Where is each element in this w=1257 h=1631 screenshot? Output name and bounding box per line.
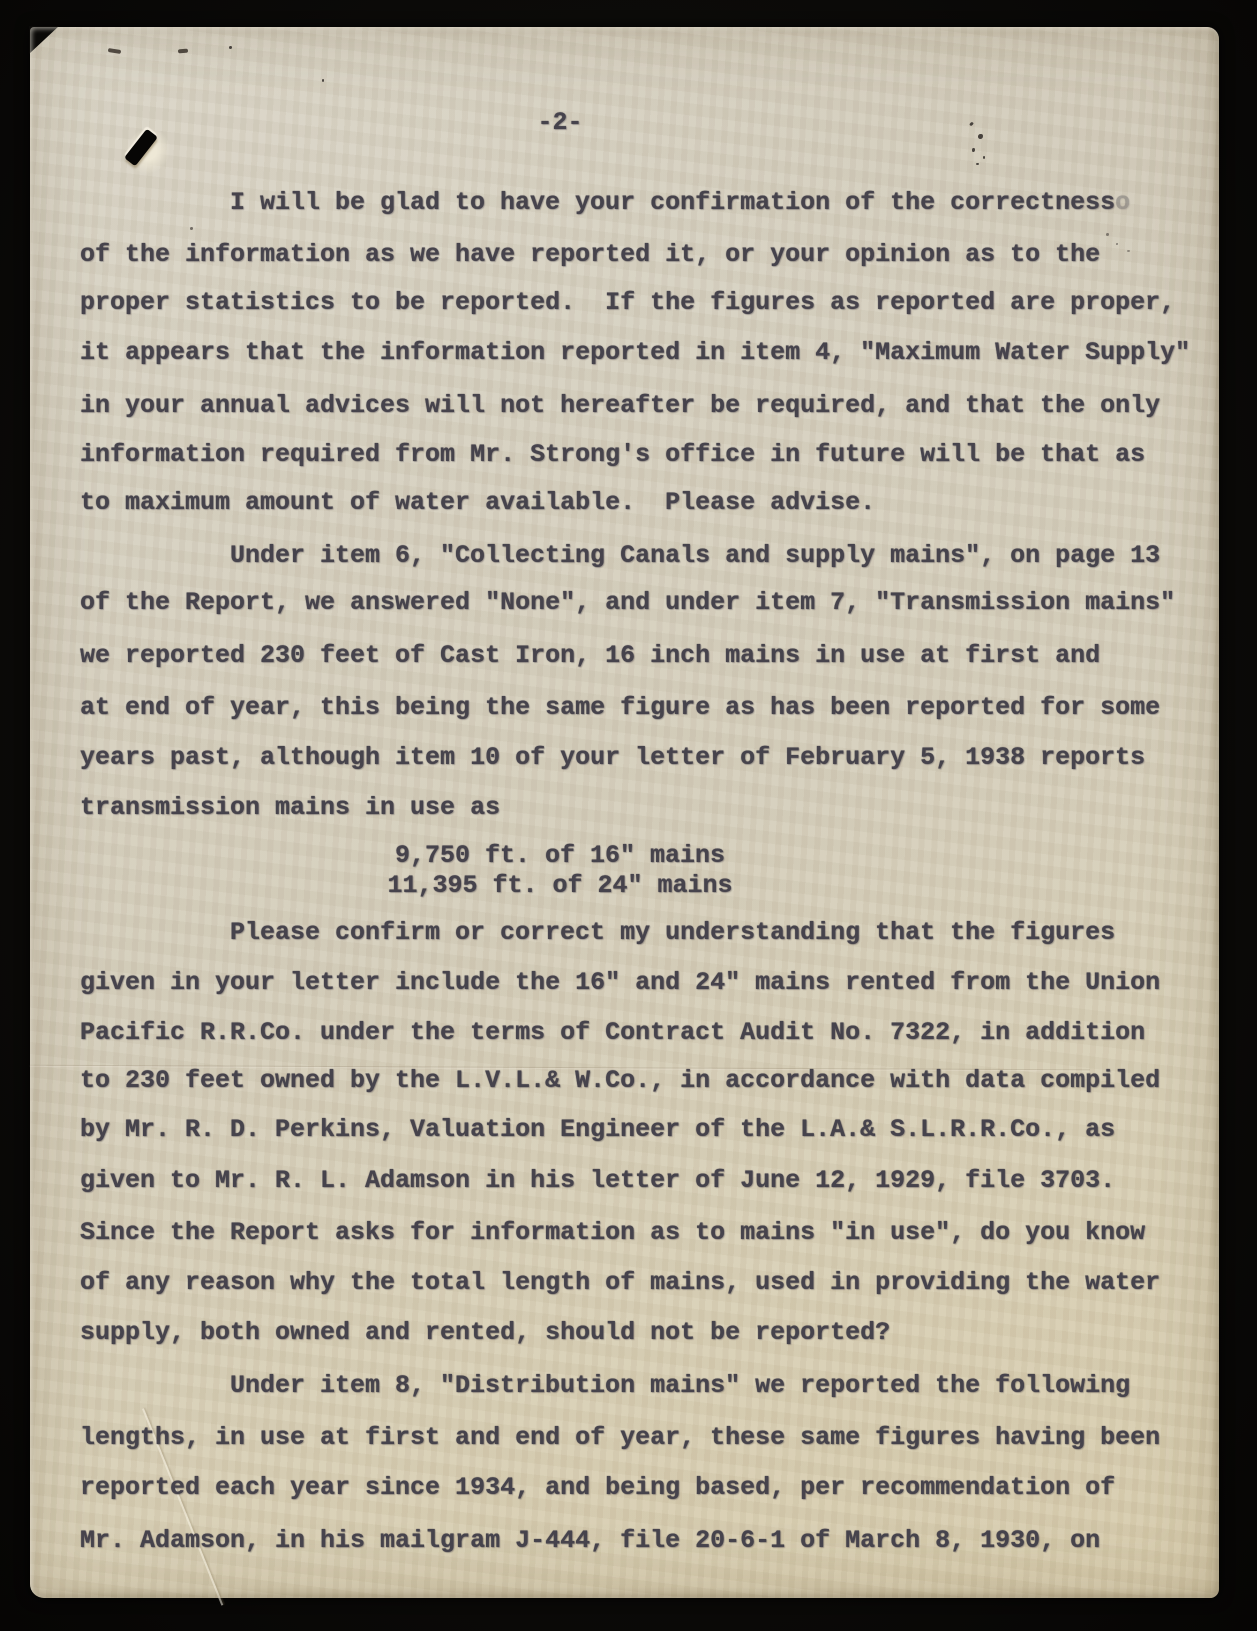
typed-line: I will be glad to have your confirmation… — [80, 188, 1257, 218]
typed-line: Mr. Adamson, in his mailgram J-444, file… — [80, 1526, 1200, 1556]
typed-text: I will be glad to have your confirmation… — [230, 188, 1115, 217]
letter-page: -2- I will be glad to have your confirma… — [30, 27, 1219, 1598]
typed-line: Pacific R.R.Co. under the terms of Contr… — [80, 1018, 1200, 1048]
ink-speck — [972, 148, 975, 152]
typed-line: years past, although item 10 of your let… — [80, 743, 1200, 773]
ink-speck — [190, 227, 193, 230]
typed-line-centered: 11,395 ft. of 24" mains — [80, 871, 1040, 901]
typed-line: given in your letter include the 16" and… — [80, 968, 1200, 998]
typed-line: we reported 230 feet of Cast Iron, 16 in… — [80, 641, 1200, 671]
typed-line: Since the Report asks for information as… — [80, 1218, 1200, 1248]
ink-speck — [976, 163, 979, 165]
corner-cut — [29, 26, 59, 54]
typed-line: at end of year, this being the same figu… — [80, 693, 1200, 723]
typed-line: proper statistics to be reported. If the… — [80, 288, 1200, 318]
ink-speck — [983, 156, 985, 159]
staple-hole — [108, 48, 121, 54]
ghost-strike: o — [1115, 188, 1130, 217]
typed-line: lengths, in use at first and end of year… — [80, 1423, 1200, 1453]
typed-line-centered: 9,750 ft. of 16" mains — [80, 841, 1040, 871]
typed-line: of the Report, we answered "None", and u… — [80, 588, 1200, 618]
page-number: -2- — [80, 108, 1040, 138]
typed-line: transmission mains in use as — [80, 793, 1200, 823]
staple-hole — [178, 49, 188, 54]
typed-line: information required from Mr. Strong's o… — [80, 440, 1200, 470]
typed-line: supply, both owned and rented, should no… — [80, 1318, 1200, 1348]
ink-speck — [229, 46, 232, 49]
typed-line: it appears that the information reported… — [80, 338, 1200, 368]
typed-line: of any reason why the total length of ma… — [80, 1268, 1200, 1298]
typed-line: given to Mr. R. L. Adamson in his letter… — [80, 1166, 1200, 1196]
typed-line: by Mr. R. D. Perkins, Valuation Engineer… — [80, 1115, 1200, 1145]
ink-speck — [1106, 233, 1109, 236]
typed-line: Please confirm or correct my understandi… — [80, 918, 1257, 948]
typed-line: of the information as we have reported i… — [80, 240, 1200, 270]
typed-line: Under item 8, "Distribution mains" we re… — [80, 1371, 1257, 1401]
typed-line: reported each year since 1934, and being… — [80, 1473, 1200, 1503]
ink-speck — [322, 79, 324, 82]
typed-line: Under item 6, "Collecting Canals and sup… — [80, 541, 1257, 571]
typed-line: in your annual advices will not hereafte… — [80, 391, 1200, 421]
typed-line: to maximum amount of water available. Pl… — [80, 488, 1200, 518]
typed-line: to 230 feet owned by the L.V.L.& W.Co., … — [80, 1066, 1200, 1096]
